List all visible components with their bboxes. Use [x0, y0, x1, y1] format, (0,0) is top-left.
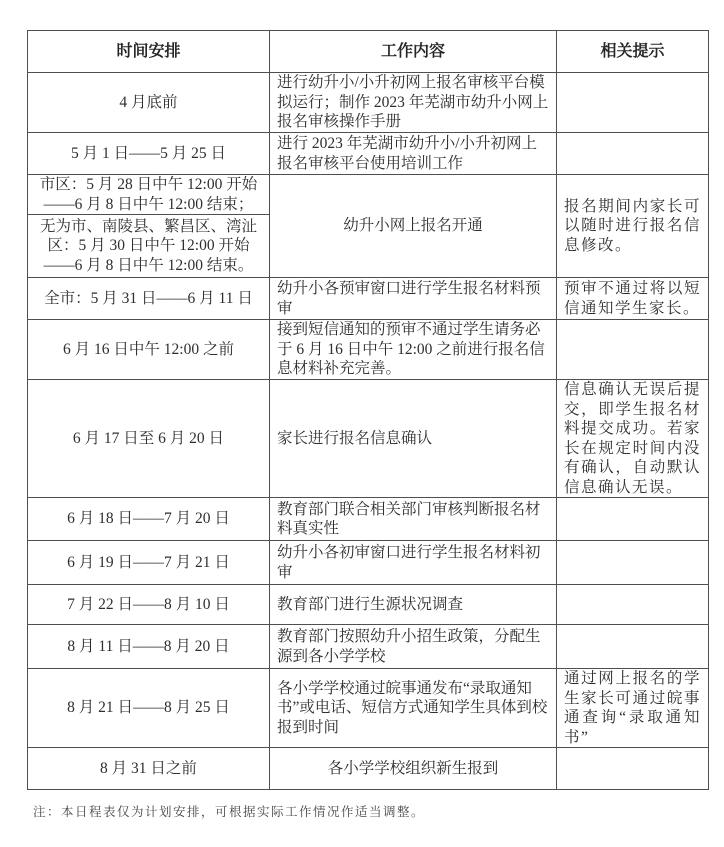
content-cell: 进行幼升小/小升初网上报名审核平台模拟运行；制作 2023 年芜湖市幼升小网上报… — [270, 73, 557, 133]
footnote: 注：本日程表仅为计划安排，可根据实际工作情况作适当调整。 — [33, 803, 425, 821]
table-row: 6 月 19 日——7 月 21 日 幼升小各初审窗口进行学生报名材料初审 — [28, 541, 709, 585]
time-cell: 8 月 11 日——8 月 20 日 — [28, 625, 270, 669]
tip-cell — [557, 320, 709, 380]
tip-cell — [557, 133, 709, 175]
time-cell: 7 月 22 日——8 月 10 日 — [28, 585, 270, 625]
time-cell: 8 月 21 日——8 月 25 日 — [28, 669, 270, 748]
time-cell: 5 月 1 日——5 月 25 日 — [28, 133, 270, 175]
table-row: 6 月 16 日中午 12:00 之前 接到短信通知的预审不通过学生请务必于 6… — [28, 320, 709, 380]
tip-cell: 预审不通过将以短信通知学生家长。 — [557, 278, 709, 320]
time-cell: 6 月 16 日中午 12:00 之前 — [28, 320, 270, 380]
table-row: 8 月 11 日——8 月 20 日 教育部门按照幼升小招生政策，分配生源到各小… — [28, 625, 709, 669]
tip-cell — [557, 748, 709, 790]
header-tips: 相关提示 — [557, 31, 709, 73]
table-row: 7 月 22 日——8 月 10 日 教育部门进行生源状况调查 — [28, 585, 709, 625]
content-cell: 教育部门联合相关部门审核判断报名材料真实性 — [270, 498, 557, 541]
tip-cell: 通过网上报名的学生家长可通过皖事通查询“录取通知书” — [557, 669, 709, 748]
time-cell: 全市：5 月 31 日——6 月 11 日 — [28, 278, 270, 320]
content-cell: 教育部门按照幼升小招生政策，分配生源到各小学学校 — [270, 625, 557, 669]
time-cell-urban: 市区：5 月 28 日中午 12:00 开始——6 月 8 日中午 12:00 … — [28, 175, 270, 215]
time-cell-counties: 无为市、南陵县、繁昌区、湾沚区：5 月 30 日中午 12:00 开始——6 月… — [28, 215, 270, 278]
time-cell: 6 月 19 日——7 月 21 日 — [28, 541, 270, 585]
header-time: 时间安排 — [28, 31, 270, 73]
content-cell: 进行 2023 年芜湖市幼升小/小升初网上报名审核平台使用培训工作 — [270, 133, 557, 175]
header-row: 时间安排 工作内容 相关提示 — [28, 31, 709, 73]
tip-cell — [557, 625, 709, 669]
table-row: 8 月 21 日——8 月 25 日 各小学学校通过皖事通发布“录取通知书”或电… — [28, 669, 709, 748]
content-cell: 幼升小网上报名开通 — [270, 175, 557, 278]
table-row: 5 月 1 日——5 月 25 日 进行 2023 年芜湖市幼升小/小升初网上报… — [28, 133, 709, 175]
table-row: 全市：5 月 31 日——6 月 11 日 幼升小各预审窗口进行学生报名材料预审… — [28, 278, 709, 320]
content-cell: 家长进行报名信息确认 — [270, 380, 557, 498]
tip-cell — [557, 585, 709, 625]
table-row: 4 月底前 进行幼升小/小升初网上报名审核平台模拟运行；制作 2023 年芜湖市… — [28, 73, 709, 133]
time-cell: 8 月 31 日之前 — [28, 748, 270, 790]
tip-cell — [557, 498, 709, 541]
content-cell: 接到短信通知的预审不通过学生请务必于 6 月 16 日中午 12:00 之前进行… — [270, 320, 557, 380]
table-row: 6 月 17 日至 6 月 20 日 家长进行报名信息确认 信息确认无误后提交，… — [28, 380, 709, 498]
time-cell: 6 月 17 日至 6 月 20 日 — [28, 380, 270, 498]
table-row: 市区：5 月 28 日中午 12:00 开始——6 月 8 日中午 12:00 … — [28, 175, 709, 215]
schedule-table: 时间安排 工作内容 相关提示 4 月底前 进行幼升小/小升初网上报名审核平台模拟… — [27, 30, 709, 790]
time-cell: 4 月底前 — [28, 73, 270, 133]
content-cell: 教育部门进行生源状况调查 — [270, 585, 557, 625]
header-content: 工作内容 — [270, 31, 557, 73]
tip-cell: 报名期间内家长可以随时进行报名信息修改。 — [557, 175, 709, 278]
table-row: 8 月 31 日之前 各小学学校组织新生报到 — [28, 748, 709, 790]
content-cell: 幼升小各初审窗口进行学生报名材料初审 — [270, 541, 557, 585]
tip-cell: 信息确认无误后提交，即学生报名材料提交成功。若家长在规定时间内没有确认，自动默认… — [557, 380, 709, 498]
content-cell: 幼升小各预审窗口进行学生报名材料预审 — [270, 278, 557, 320]
content-cell: 各小学学校通过皖事通发布“录取通知书”或电话、短信方式通知学生具体到校报到时间 — [270, 669, 557, 748]
time-cell: 6 月 18 日——7 月 20 日 — [28, 498, 270, 541]
tip-cell — [557, 73, 709, 133]
table-row: 6 月 18 日——7 月 20 日 教育部门联合相关部门审核判断报名材料真实性 — [28, 498, 709, 541]
content-cell: 各小学学校组织新生报到 — [270, 748, 557, 790]
tip-cell — [557, 541, 709, 585]
